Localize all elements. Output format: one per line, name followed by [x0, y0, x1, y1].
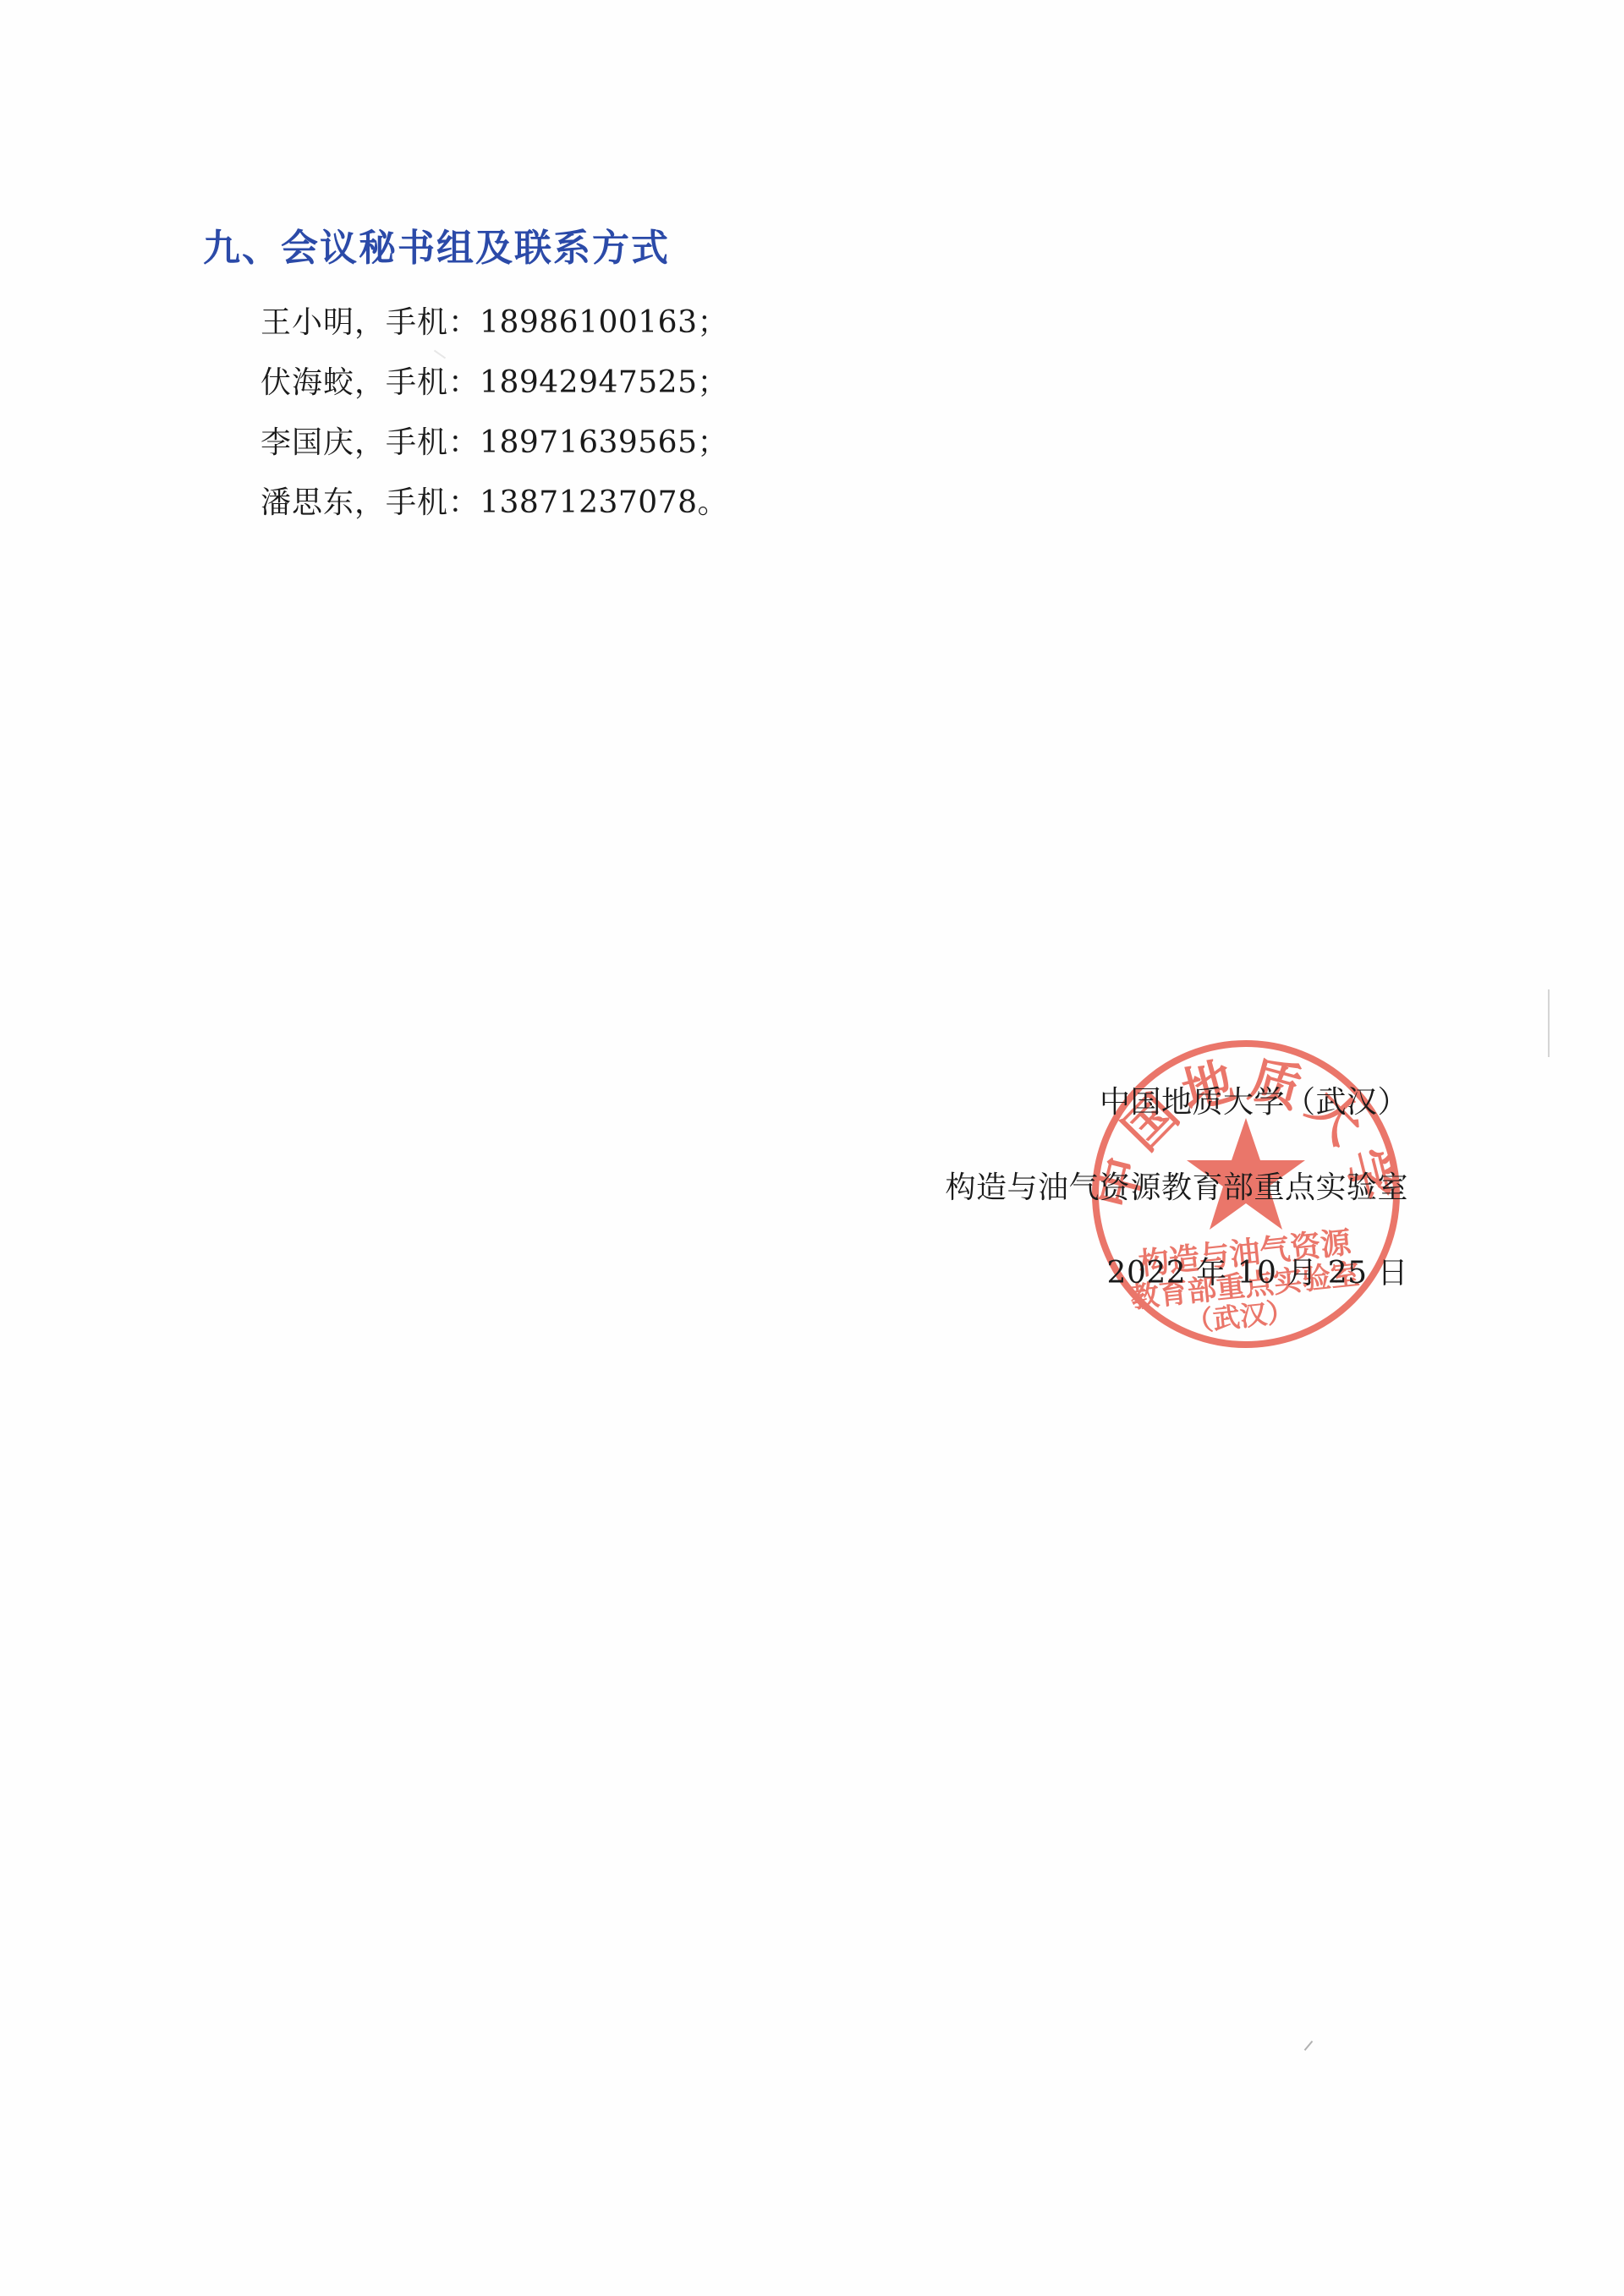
contact-name: 李国庆: [261, 425, 354, 460]
contact-name: 潘思东: [261, 485, 354, 520]
contact-phone: 18986100163: [480, 305, 697, 340]
signature-block: 中国地质大学（武汉） 构造与油气资源教育部重点实验室 2022 年 10 月 2…: [945, 1082, 1408, 1339]
signature-lab: 构造与油气资源教育部重点实验室: [945, 1168, 1408, 1253]
contact-phone: 13871237078: [480, 485, 697, 520]
contact-end-punct: ；: [698, 365, 729, 400]
signature-date: 2022 年 10 月 25 日: [945, 1253, 1408, 1339]
contact-phone-label: 手机：: [386, 365, 480, 400]
document-page: 九、会议秘书组及联系方式 王小明，手机：18986100163； 伏海蛟，手机：…: [0, 0, 1624, 2296]
contact-item: 潘思东，手机：13871237078。: [261, 483, 729, 543]
contact-phone: 18942947525: [480, 365, 697, 400]
contact-separator: ，: [354, 365, 386, 400]
contact-end-punct: 。: [698, 485, 729, 520]
section-heading: 九、会议秘书组及联系方式: [203, 225, 670, 272]
scan-artifact: [1548, 989, 1550, 1057]
contact-end-punct: ；: [698, 425, 729, 460]
contact-phone-label: 手机：: [386, 305, 480, 340]
contact-list: 王小明，手机：18986100163； 伏海蛟，手机：18942947525； …: [261, 303, 729, 543]
contact-separator: ，: [354, 305, 386, 340]
contact-name: 王小明: [261, 305, 354, 340]
contact-item: 李国庆，手机：18971639565；: [261, 423, 729, 483]
scan-artifact: [1304, 2041, 1314, 2051]
contact-phone: 18971639565: [480, 425, 697, 460]
signature-institution: 中国地质大学（武汉）: [945, 1082, 1408, 1168]
contact-name: 伏海蛟: [261, 365, 354, 400]
contact-item: 伏海蛟，手机：18942947525；: [261, 363, 729, 423]
contact-phone-label: 手机：: [386, 485, 480, 520]
contact-end-punct: ；: [698, 305, 729, 340]
contact-item: 王小明，手机：18986100163；: [261, 303, 729, 363]
contact-separator: ，: [354, 485, 386, 520]
contact-phone-label: 手机：: [386, 425, 480, 460]
contact-separator: ，: [354, 425, 386, 460]
